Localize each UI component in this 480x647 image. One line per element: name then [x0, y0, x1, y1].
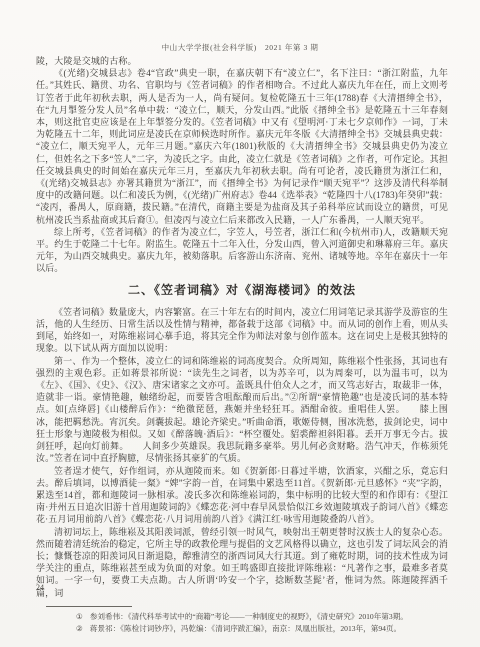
footnote: ①参刘希伟：《清代科举考试中的“商籍”考论——一种制度史的视野》，《清史研究》2…	[36, 611, 448, 624]
footnote-text: 蒋景祁：《陈检讨词钞序》，冯乾编：《清词序跋汇编》，南京：凤凰出版社，2013年…	[90, 624, 401, 633]
section-heading: 二、《笠者词稿》对《湖海楼词》的效法	[36, 284, 448, 296]
paragraph: 清初词坛上，陈维崧及其阳羡词派，曾经引领一时风气，映射出王朝更替时汉族士人的复杂…	[36, 526, 448, 599]
running-head: 中山大学学报(社会科学版) 2021 年第 3 期	[0, 42, 480, 53]
paragraph: 《(光绪)交城县志》卷4“官政”典史一职，在嘉庆朝下有“凌立仁”，名下注曰：“浙…	[36, 67, 448, 226]
paragraph: 第一、作为一个整体，凌立仁的词和陈维崧的词高度契合。众所周知，陈维崧个性张扬，其…	[36, 355, 448, 465]
article-body: 陵，大陵是交城的古称。 《(光绪)交城县志》卷4“官政”典史一职，在嘉庆朝下有“…	[36, 55, 448, 599]
page-number: 24	[36, 583, 44, 592]
paragraph-continuation: 陵，大陵是交城的古称。	[36, 55, 448, 67]
footnote: ②蒋景祁：《陈检讨词钞序》，冯乾编：《清词序跋汇编》，南京：凤凰出版社，2013…	[36, 623, 448, 636]
paragraph: 《笠者词稿》数量庞大，内容繁富。在三十年左右的时间内，凌立仁用词笔记录其游学及游…	[36, 306, 448, 355]
footnotes: ①参刘希伟：《清代科举考试中的“商籍”考论——一种制度史的视野》，《清史研究》2…	[36, 606, 448, 636]
journal-page-scan: 中山大学学报(社会科学版) 2021 年第 3 期 陵，大陵是交城的古称。 《(…	[0, 0, 480, 647]
footnote-marker: ①	[76, 611, 83, 624]
footnote-marker: ②	[76, 623, 83, 636]
paragraph: 笠者逞才使气，好作组词，亦从迦陵而来。如《贺新郎·日暮过半塘，饮酒家，兴酣之乐，…	[36, 465, 448, 526]
paragraph: 综上所考，《笠者词稿》的作者为凌立仁，字笠人，号笠者，浙江仁和(今杭州市)人，改…	[36, 226, 448, 275]
footnote-separator	[46, 606, 132, 607]
footnote-text: 参刘希伟：《清代科举考试中的“商籍”考论——一种制度史的视野》，《清史研究》20…	[90, 612, 408, 621]
